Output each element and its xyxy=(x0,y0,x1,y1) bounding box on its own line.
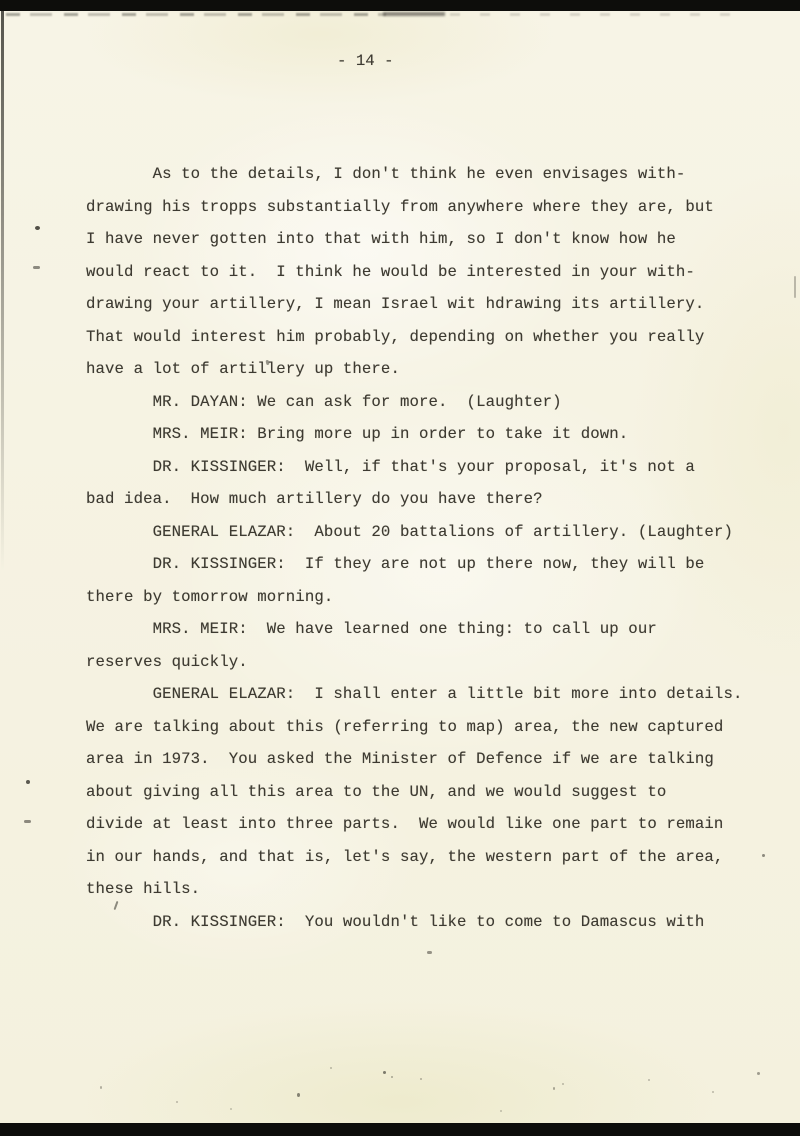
scan-speckle xyxy=(500,1110,502,1112)
scan-speckle xyxy=(648,1079,650,1081)
scan-speckle xyxy=(100,1086,102,1089)
text-line: MRS. MEIR: Bring more up in order to tak… xyxy=(86,418,742,451)
scan-smudge-left xyxy=(6,13,386,16)
text-line: in our hands, and that is, let's say, th… xyxy=(86,841,742,874)
scan-speckle xyxy=(297,1093,300,1097)
scan-speckle xyxy=(383,1071,386,1074)
text-line: would react to it. I think he would be i… xyxy=(86,256,742,289)
text-line: drawing his tropps substantially from an… xyxy=(86,191,742,224)
scan-speckle xyxy=(391,1076,393,1078)
page-number: - 14 - xyxy=(337,52,393,70)
text-line: reserves quickly. xyxy=(86,646,742,679)
scan-border-bottom xyxy=(0,1123,800,1136)
scan-edge-shadow xyxy=(1,11,4,571)
scan-speckle xyxy=(176,1101,178,1103)
text-line: about giving all this area to the UN, an… xyxy=(86,776,742,809)
scan-smudge-center xyxy=(383,12,445,16)
scanned-document-page: - 14 - As to the details, I don't think … xyxy=(0,0,800,1136)
scan-speckle xyxy=(230,1108,232,1110)
scan-speckle xyxy=(420,1078,422,1080)
scan-smudge-right xyxy=(450,13,750,16)
scan-speckle xyxy=(562,1083,564,1085)
scan-speckle xyxy=(330,1067,332,1069)
text-line: MR. DAYAN: We can ask for more. (Laughte… xyxy=(86,386,742,419)
scan-artifact-dot xyxy=(35,226,40,230)
text-line: GENERAL ELAZAR: I shall enter a little b… xyxy=(86,678,742,711)
scan-speckle xyxy=(712,1091,714,1093)
scan-artifact-dot xyxy=(250,785,253,787)
scan-border-top xyxy=(0,0,800,11)
text-line: drawing your artillery, I mean Israel wi… xyxy=(86,288,742,321)
text-line: have a lot of artillery up there. xyxy=(86,353,742,386)
text-line: I have never gotten into that with him, … xyxy=(86,223,742,256)
scan-artifact-stray-mark xyxy=(427,951,432,954)
scan-artifact-dash xyxy=(33,266,40,269)
scan-artifact-dash xyxy=(24,820,31,823)
transcript-text: As to the details, I don't think he even… xyxy=(86,158,742,938)
text-line: DR. KISSINGER: If they are not up there … xyxy=(86,548,742,581)
scan-artifact-line xyxy=(794,276,796,298)
text-line: divide at least into three parts. We wou… xyxy=(86,808,742,841)
text-line: there by tomorrow morning. xyxy=(86,581,742,614)
text-line: MRS. MEIR: We have learned one thing: to… xyxy=(86,613,742,646)
text-line: That would interest him probably, depend… xyxy=(86,321,742,354)
text-line: As to the details, I don't think he even… xyxy=(86,158,742,191)
text-line: DR. KISSINGER: Well, if that's your prop… xyxy=(86,451,742,484)
text-line: area in 1973. You asked the Minister of … xyxy=(86,743,742,776)
scan-artifact-dot xyxy=(26,780,30,784)
scan-speckle xyxy=(757,1072,760,1075)
text-line: bad idea. How much artillery do you have… xyxy=(86,483,742,516)
text-line: these hills. xyxy=(86,873,742,906)
text-line: We are talking about this (referring to … xyxy=(86,711,742,744)
text-line: DR. KISSINGER: You wouldn't like to come… xyxy=(86,906,742,939)
scan-speckle xyxy=(553,1087,555,1090)
scan-artifact-dot xyxy=(762,854,765,857)
text-line: GENERAL ELAZAR: About 20 battalions of a… xyxy=(86,516,742,549)
